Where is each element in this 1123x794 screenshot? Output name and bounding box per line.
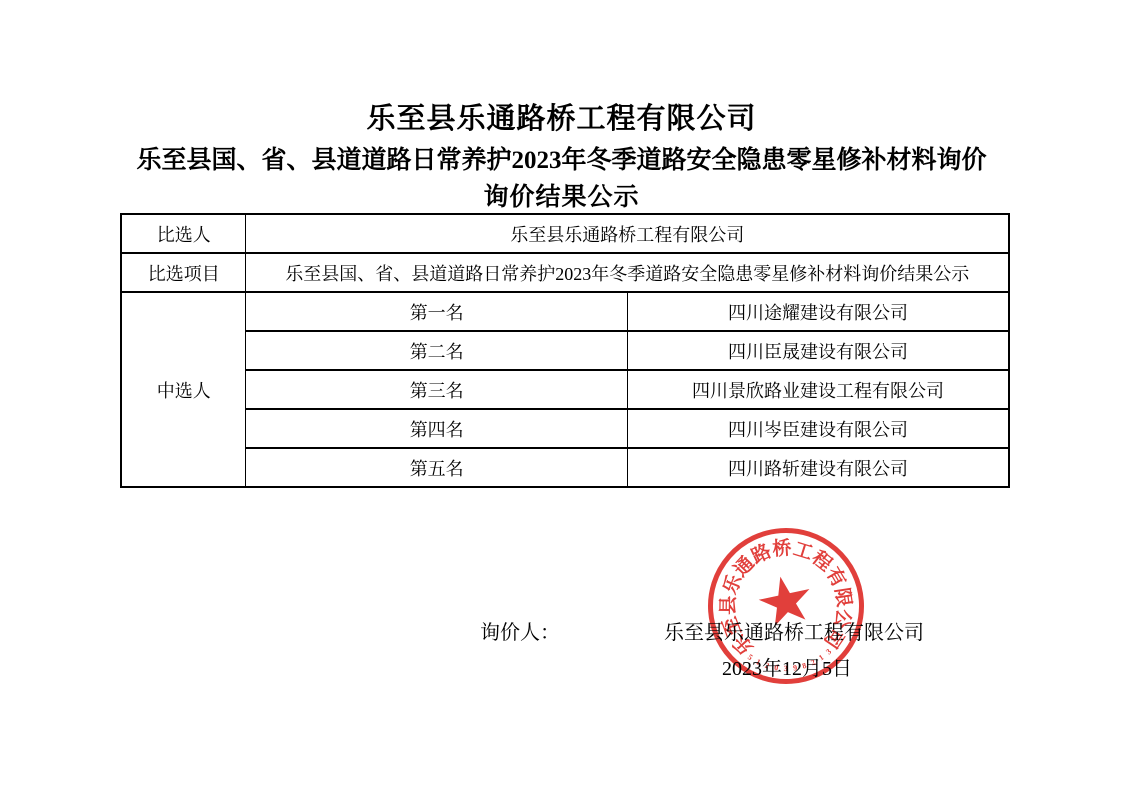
- stamp-serial-digit: 1: [818, 654, 826, 663]
- table-row: 中选人 第一名 四川途耀建设有限公司: [121, 292, 1009, 331]
- project-value-cell: 乐至县国、省、县道道路日常养护2023年冬季道路安全隐患零星修补材料询价结果公示: [246, 253, 1009, 292]
- stamp-serial-digit: 2: [764, 662, 770, 671]
- stamp-serial-digit: 2: [810, 658, 817, 667]
- page-title: 乐至县乐通路桥工程有限公司: [0, 96, 1123, 137]
- table-row: 第二名 四川臣晟建设有限公司: [121, 331, 1009, 370]
- stamp-serial-digit: 5: [746, 653, 754, 662]
- company-cell: 四川岑臣建设有限公司: [627, 409, 1009, 448]
- rank-cell: 第四名: [246, 409, 628, 448]
- stamp-serial-arc: 5120398213: [708, 528, 854, 538]
- rank-cell: 第三名: [246, 370, 628, 409]
- stamp-serial-digit: 9: [793, 664, 798, 672]
- selector-value-cell: 乐至县乐通路桥工程有限公司: [246, 214, 1009, 253]
- company-cell: 四川路斩建设有限公司: [627, 448, 1009, 487]
- document-subtitle-line2: 询价结果公示: [0, 177, 1123, 213]
- stamp-text-arc: 乐至县乐通路桥工程有限公司: [708, 528, 854, 538]
- stamp-serial-digit: 1: [754, 658, 761, 667]
- table-row: 比选人 乐至县乐通路桥工程有限公司: [121, 214, 1009, 253]
- inquirer-label: 询价人：: [480, 616, 560, 645]
- stamp-serial-digit: 3: [784, 665, 788, 673]
- rank-cell: 第一名: [246, 292, 628, 331]
- table-row: 第三名 四川景欣路业建设工程有限公司: [121, 370, 1009, 409]
- stamp-serial-digit: 0: [774, 664, 779, 673]
- table-row: 第四名 四川岑臣建设有限公司: [121, 409, 1009, 448]
- company-cell: 四川景欣路业建设工程有限公司: [627, 370, 1009, 409]
- selector-label-cell: 比选人: [121, 214, 246, 253]
- company-cell: 四川臣晟建设有限公司: [627, 331, 1009, 370]
- project-label-cell: 比选项目: [121, 253, 246, 292]
- stamp-arc-char: 桥: [772, 539, 792, 559]
- table-row: 第五名 四川路斩建设有限公司: [121, 448, 1009, 487]
- document-page: 乐至县乐通路桥工程有限公司 乐至县国、省、县道道路日常养护2023年冬季道路安全…: [0, 0, 1123, 794]
- star-icon: [754, 571, 818, 633]
- stamp-serial-digit: 8: [801, 662, 807, 671]
- stamp-arc-char: 县: [719, 596, 738, 615]
- rank-cell: 第五名: [246, 448, 628, 487]
- winner-group-label-cell: 中选人: [121, 292, 246, 487]
- rank-cell: 第二名: [246, 331, 628, 370]
- document-subtitle-line1: 乐至县国、省、县道道路日常养护2023年冬季道路安全隐患零星修补材料询价: [0, 140, 1123, 176]
- table-row: 比选项目 乐至县国、省、县道道路日常养护2023年冬季道路安全隐患零星修补材料询…: [121, 253, 1009, 292]
- company-cell: 四川途耀建设有限公司: [627, 292, 1009, 331]
- result-table: 比选人 乐至县乐通路桥工程有限公司 比选项目 乐至县国、省、县道道路日常养护20…: [120, 213, 1010, 488]
- stamp-arc-char: 限: [832, 587, 854, 609]
